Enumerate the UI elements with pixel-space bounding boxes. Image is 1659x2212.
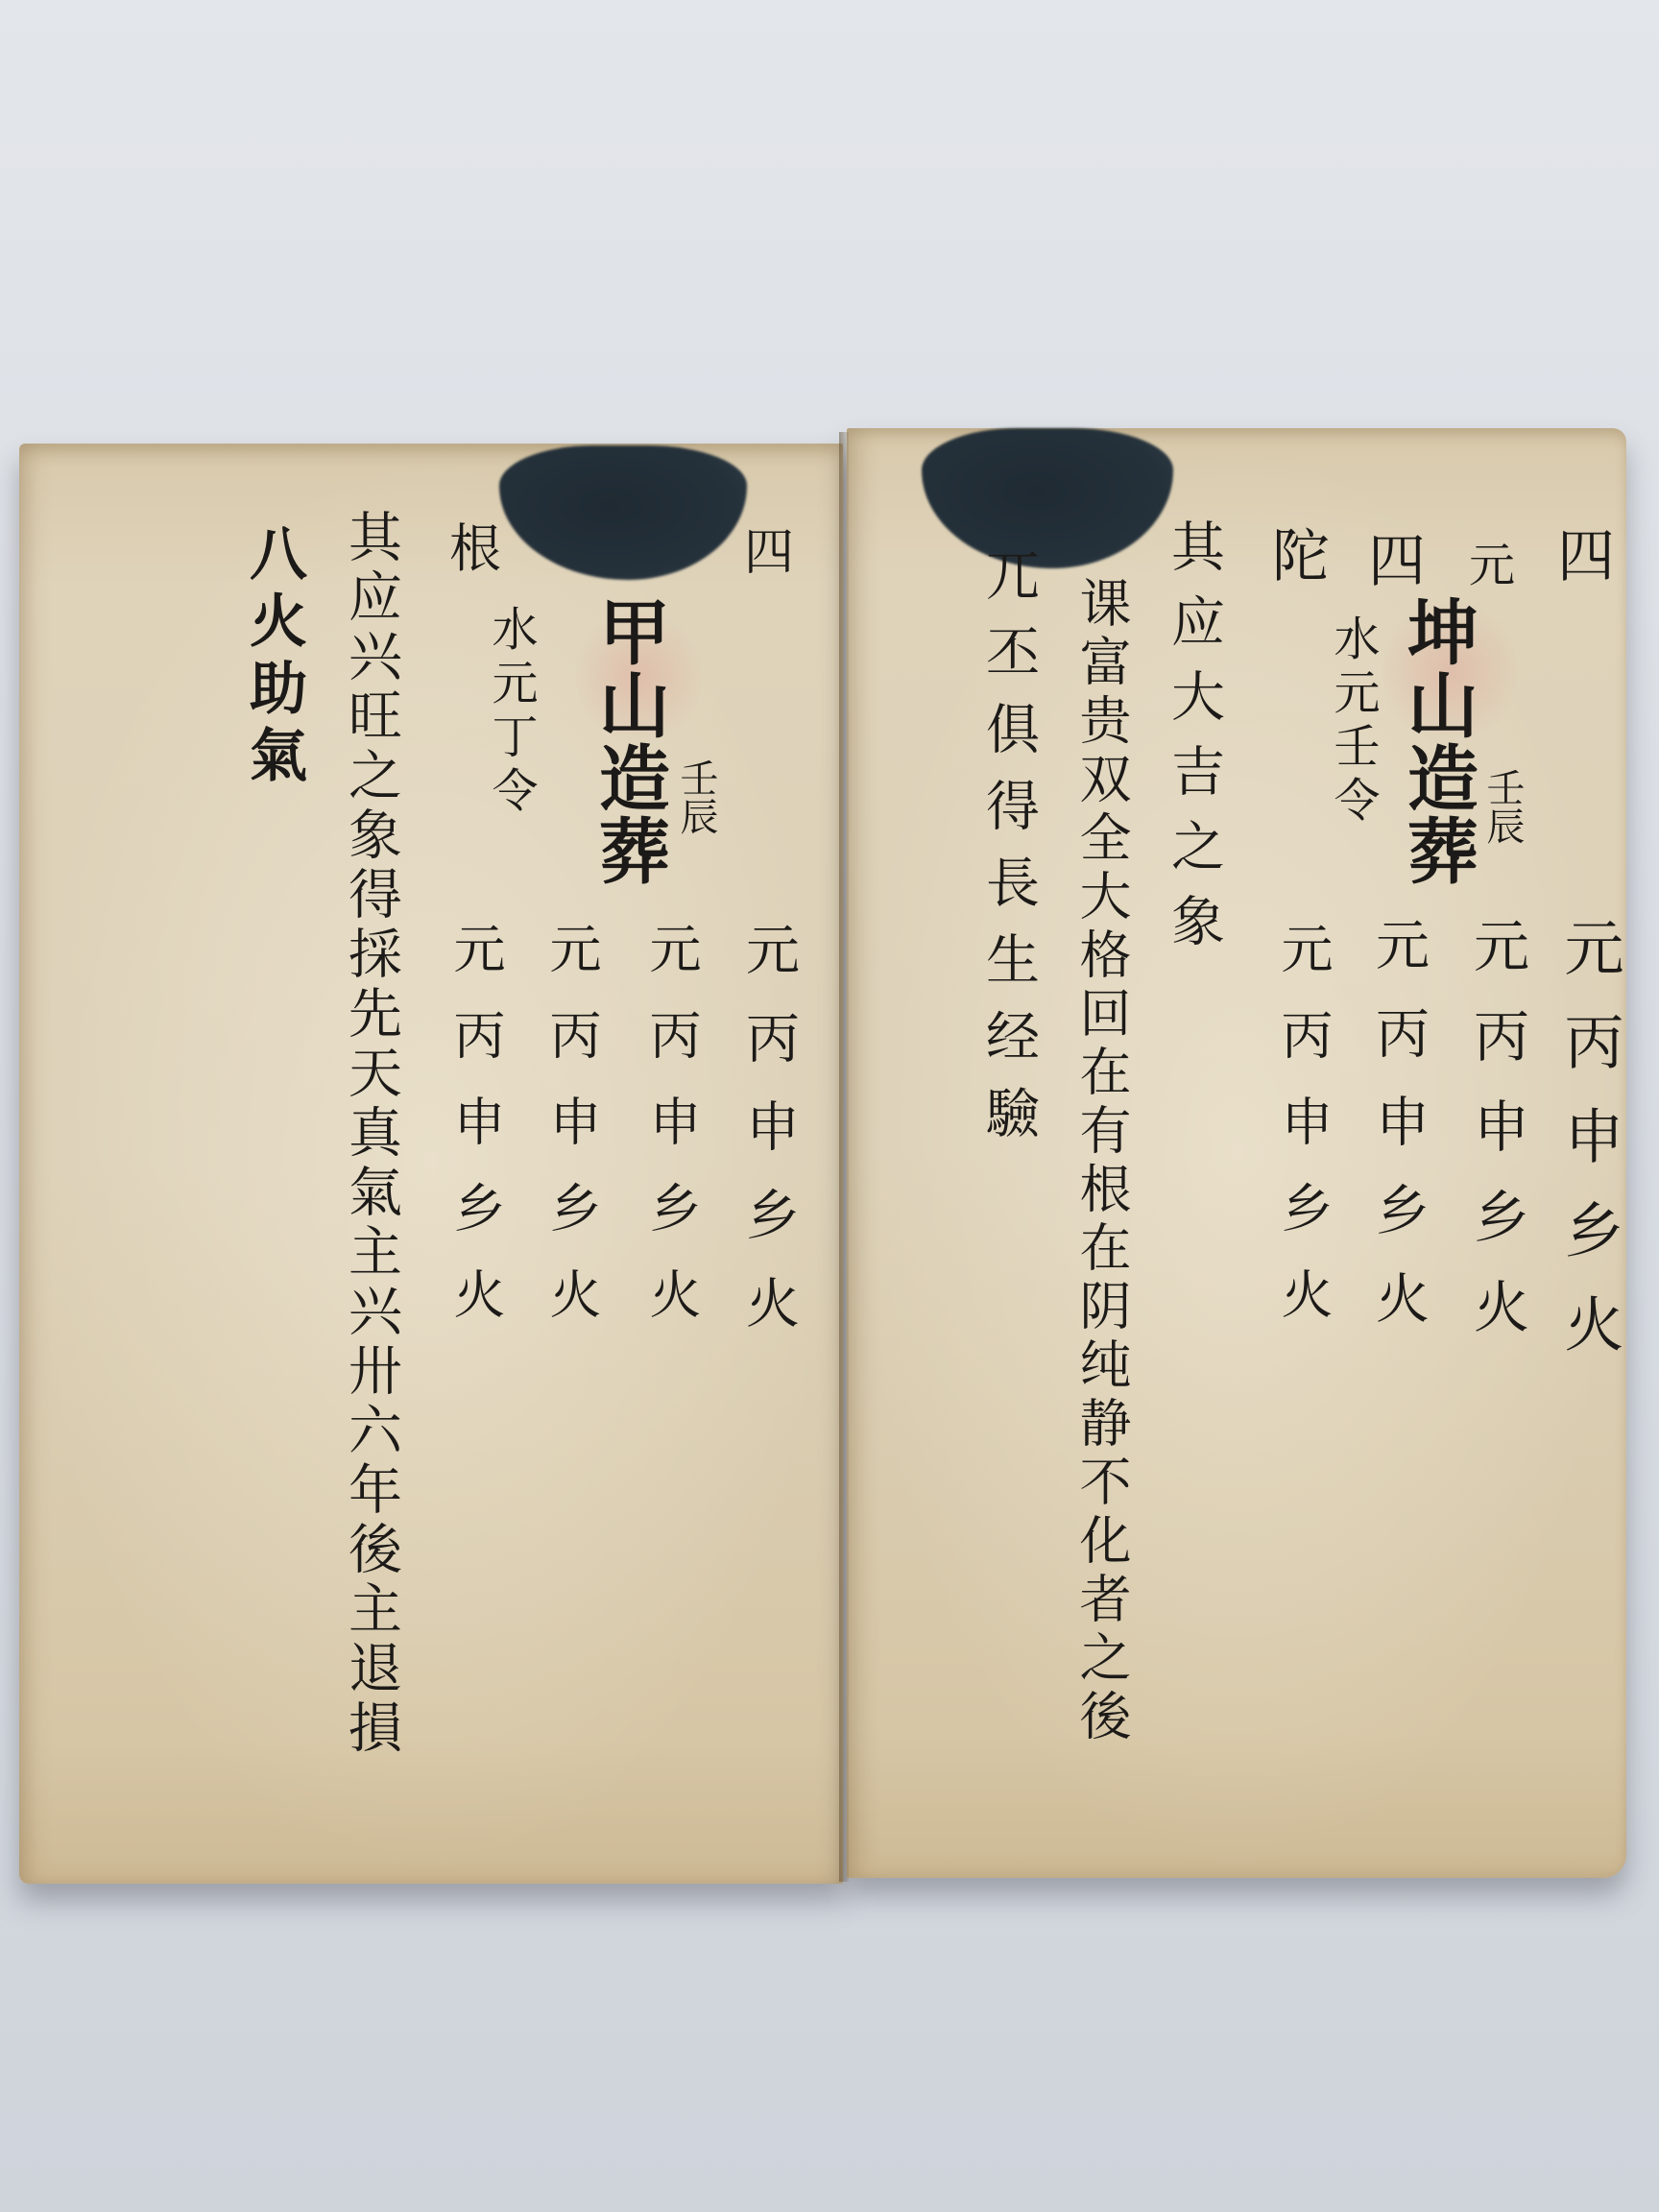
right-col-6: 其应大吉之象 xyxy=(1166,518,1220,968)
left-col-4-head: 根 xyxy=(449,523,501,575)
left-col-3-sub: 水元丁令 xyxy=(488,605,534,820)
right-col-5-head: 陀 xyxy=(1272,528,1330,586)
left-col-5: 其应兴旺之象得採先天真氣主兴卅六年後主退損 xyxy=(344,509,397,1759)
right-col-7: 课富贵双全大格回在有根在阴纯静不化者之後 xyxy=(1075,576,1127,1747)
left-col-2-body: 元丙申乡火 xyxy=(645,922,697,1354)
right-heading-kunshan: 坤山造葬 xyxy=(1402,595,1473,887)
left-page xyxy=(19,444,843,1884)
right-col-4-body: 元丙申乡火 xyxy=(1371,917,1425,1358)
right-col-5-body: 元丙申乡火 xyxy=(1277,922,1329,1354)
left-heading-jiashan: 甲山造葬 xyxy=(593,595,664,887)
left-col-1-head: 四 xyxy=(744,528,794,578)
right-heading-note: 壬辰 xyxy=(1483,768,1522,845)
left-col-4-body: 元丙申乡火 xyxy=(449,922,501,1354)
right-col-4-head: 四 xyxy=(1368,533,1426,590)
left-col-6: 八火助氣 xyxy=(245,523,302,792)
right-col-2-body: 元丙申乡火 xyxy=(1469,917,1525,1368)
left-col-1-body: 元丙申乡火 xyxy=(741,922,795,1363)
right-col-8: 兀丕俱得長生经驗 xyxy=(981,547,1035,1162)
right-col-1-body: 元丙申乡火 xyxy=(1559,917,1619,1387)
right-col-1-head: 四 xyxy=(1557,528,1615,586)
left-col-3-body: 元丙申乡火 xyxy=(545,922,597,1354)
left-heading-note: 壬辰 xyxy=(677,758,715,835)
right-col-2-head: 元 xyxy=(1469,542,1515,589)
book-gutter xyxy=(839,432,849,1882)
right-col-4-sub: 水元壬令 xyxy=(1330,614,1376,829)
